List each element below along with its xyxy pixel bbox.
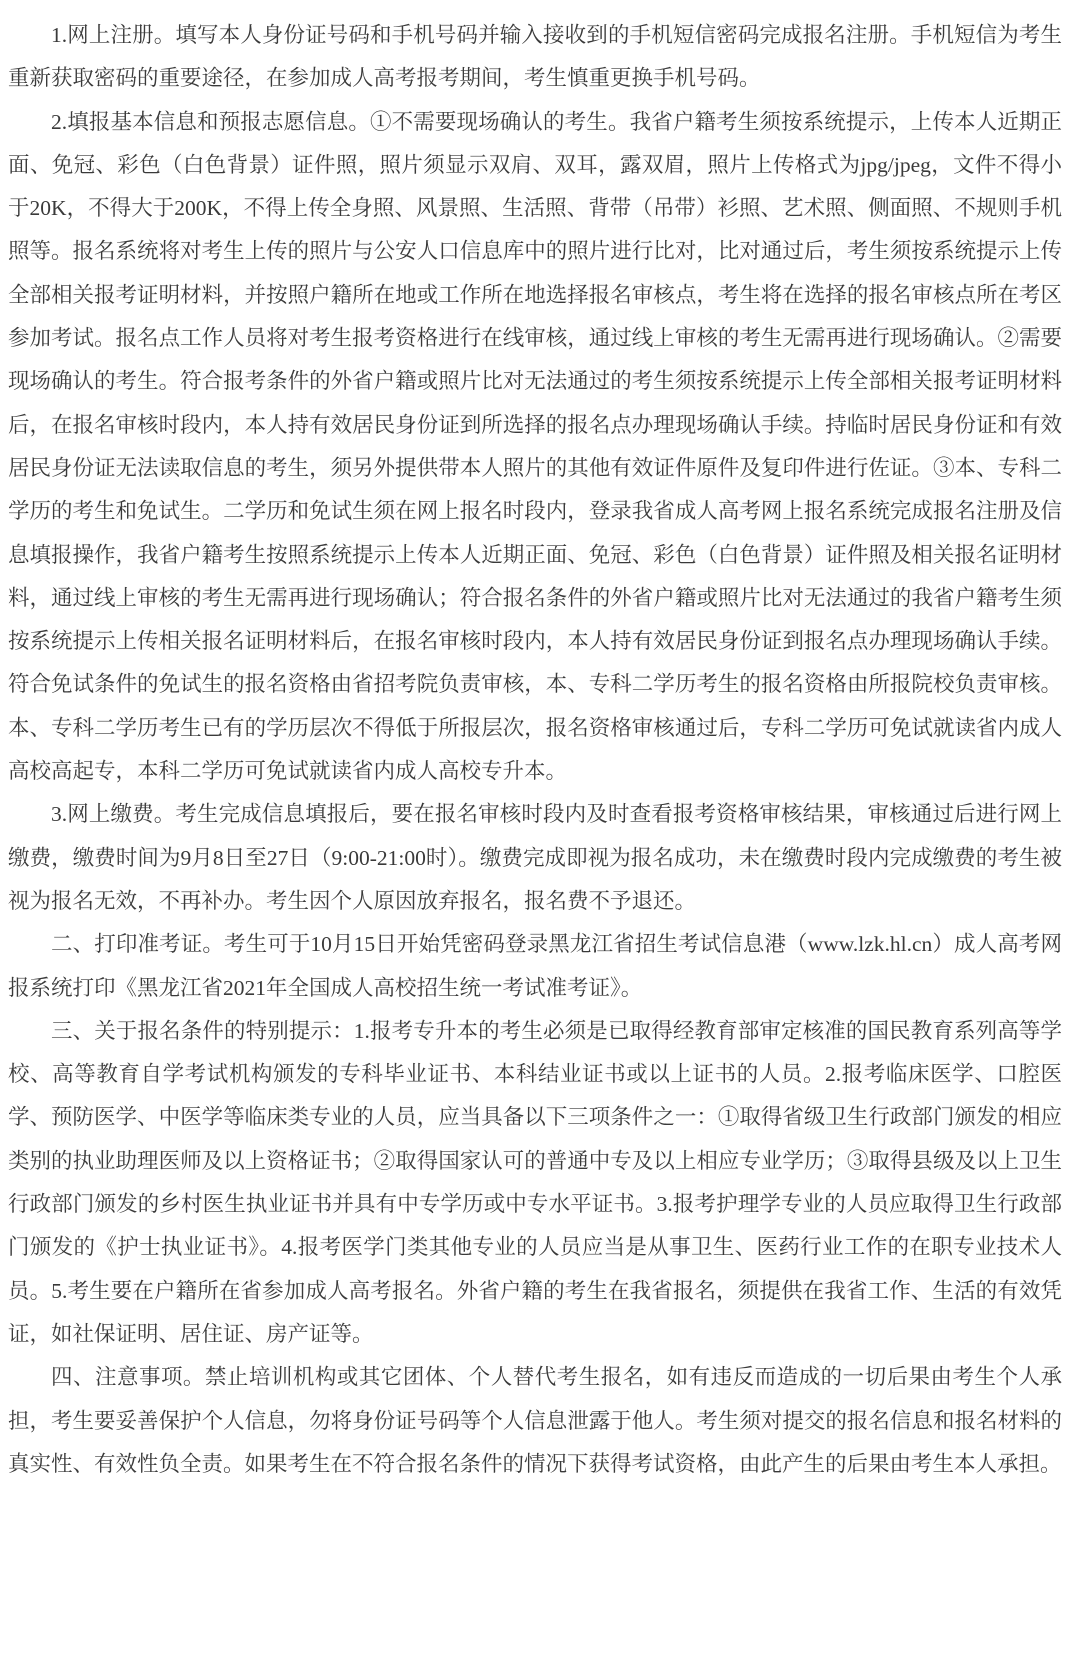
paragraph-online-payment: 3.网上缴费。考生完成信息填报后，要在报名审核时段内及时查看报考资格审核结果，审… <box>8 793 1062 923</box>
paragraph-info-filing: 2.填报基本信息和预报志愿信息。①不需要现场确认的考生。我省户籍考生须按系统提示… <box>8 101 1062 794</box>
paragraph-notes: 四、注意事项。禁止培训机构或其它团体、个人替代考生报名，如有违反而造成的一切后果… <box>8 1356 1062 1486</box>
paragraph-print-admission-ticket: 二、打印准考证。考生可于10月15日开始凭密码登录黑龙江省招生考试信息港（www… <box>8 923 1062 1010</box>
paragraph-online-registration: 1.网上注册。填写本人身份证号码和手机号码并输入接收到的手机短信密码完成报名注册… <box>8 14 1062 101</box>
document-page: 1.网上注册。填写本人身份证号码和手机号码并输入接收到的手机短信密码完成报名注册… <box>0 0 1075 1658</box>
paragraph-special-conditions: 三、关于报名条件的特别提示：1.报考专升本的考生必须是已取得经教育部审定核准的国… <box>8 1010 1062 1356</box>
